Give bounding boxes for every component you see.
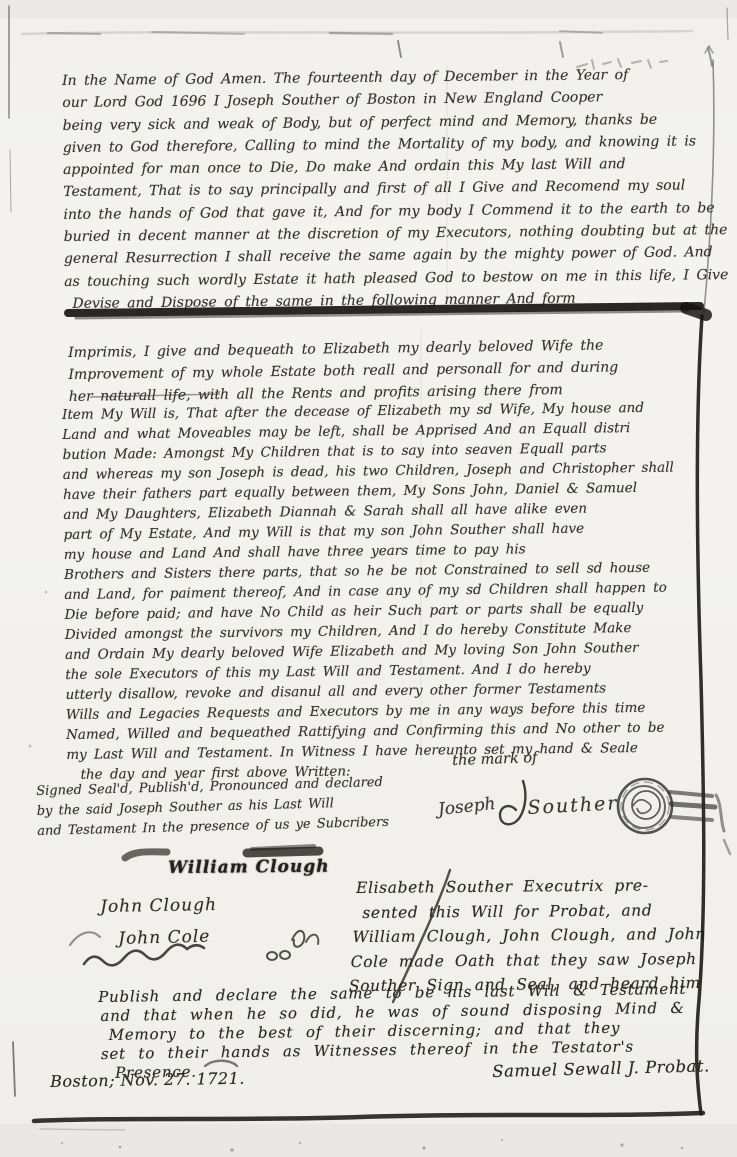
probate-line: Elisabeth Souther Executrix pre- <box>356 873 706 901</box>
attestation-paragraph: Signed Seal'd, Publish'd, Pronounced and… <box>36 773 389 842</box>
scan-top-band <box>0 0 737 18</box>
top-smudge-marks <box>22 31 713 66</box>
probate-place-date: Boston; Nov. 27. 1721. <box>50 1069 245 1091</box>
signature-mark <box>500 781 525 824</box>
imprimis-paragraph: Imprimis, I give and bequeath to Elizabe… <box>68 334 619 408</box>
witness-signature-john-clough: John Clough <box>100 895 217 917</box>
seal-icon <box>618 779 730 854</box>
signature-souther: Souther <box>527 792 619 819</box>
mark-of-label: the mark of <box>452 750 538 769</box>
witness-signature-william-clough: William Clough <box>168 857 330 878</box>
scan-bottom-margin <box>0 1124 737 1157</box>
item-paragraph: Item My Will is, That after the decease … <box>62 398 678 785</box>
probate-line: Cole made Oath that they saw Joseph <box>351 946 707 974</box>
probate-line: William Clough, John Clough, and John <box>352 922 706 950</box>
scanned-will-page: In the Name of God Amen. The fourteenth … <box>0 0 737 1157</box>
signature-joseph: Joseph <box>437 794 496 820</box>
witness-signature-john-cole: John Cole <box>118 927 211 949</box>
will-opening-paragraph: In the Name of God Amen. The fourteenth … <box>62 63 729 315</box>
probate-line: sented this Will for Probat, and <box>362 897 706 924</box>
